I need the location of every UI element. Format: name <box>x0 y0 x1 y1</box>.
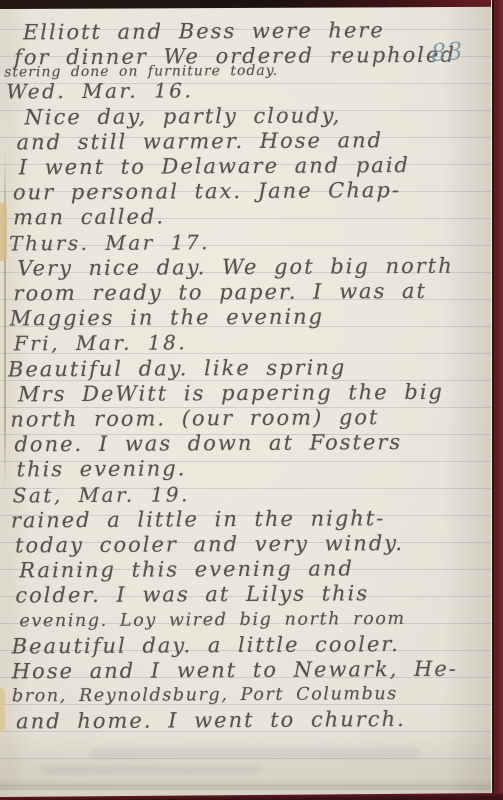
diary-line: Beautiful day. like spring <box>8 354 492 382</box>
diary-line: I went to Delaware and paid <box>19 153 491 181</box>
diary-line: Wed. Mar. 16. <box>6 77 490 105</box>
page-bottom-shading <box>0 778 493 790</box>
diary-line: done. I was down at Fosters <box>14 430 492 458</box>
diary-line: Fri, Mar. 18. <box>14 329 492 357</box>
diary-line: man called. <box>13 203 491 231</box>
diary-line: Beautiful day. a little cooler. <box>12 631 494 659</box>
diary-line: evening. Loy wired big north room <box>19 606 493 634</box>
diary-line: Nice day, partly cloudy, <box>24 102 490 130</box>
bleed-through-smudge <box>40 766 260 774</box>
page-number-stamp: 83 <box>430 37 464 67</box>
diary-line: our personal tax. Jane Chap- <box>13 178 491 206</box>
diary-line: north room. (our room) got <box>10 405 492 433</box>
diary-line: Very nice day. We got big north <box>17 253 491 281</box>
book-cover-right-edge <box>491 0 503 800</box>
diary-handwriting: Elliott and Bess were herefor dinner We … <box>0 8 494 736</box>
diary-line: and still warmer. Hose and <box>17 127 491 155</box>
diary-line: today cooler and very windy. <box>15 531 493 559</box>
diary-page-scan: Elliott and Bess were herefor dinner We … <box>0 0 503 800</box>
diary-line: Sat, Mar. 19. <box>13 480 493 508</box>
diary-line: Raining this evening and <box>19 556 493 584</box>
diary-line: colder. I was at Lilys this <box>15 581 493 609</box>
diary-line: Hose and I went to Newark, He- <box>12 657 494 685</box>
diary-line: rained a little in the night- <box>11 505 493 533</box>
diary-line: Maggies in the evening <box>10 304 492 332</box>
bleed-through-smudge <box>90 748 420 758</box>
diary-line: Elliott and Bess were here <box>23 18 490 46</box>
diary-line: Thurs. Mar 17. <box>9 228 491 256</box>
diary-line: bron, Reynoldsburg, Port Columbus <box>12 682 494 710</box>
diary-line: and home. I went to church. <box>16 707 494 735</box>
diary-line: this evening. <box>17 455 493 483</box>
diary-line: room ready to paper. I was at <box>13 279 491 307</box>
diary-line: Mrs DeWitt is papering the big <box>18 379 492 407</box>
